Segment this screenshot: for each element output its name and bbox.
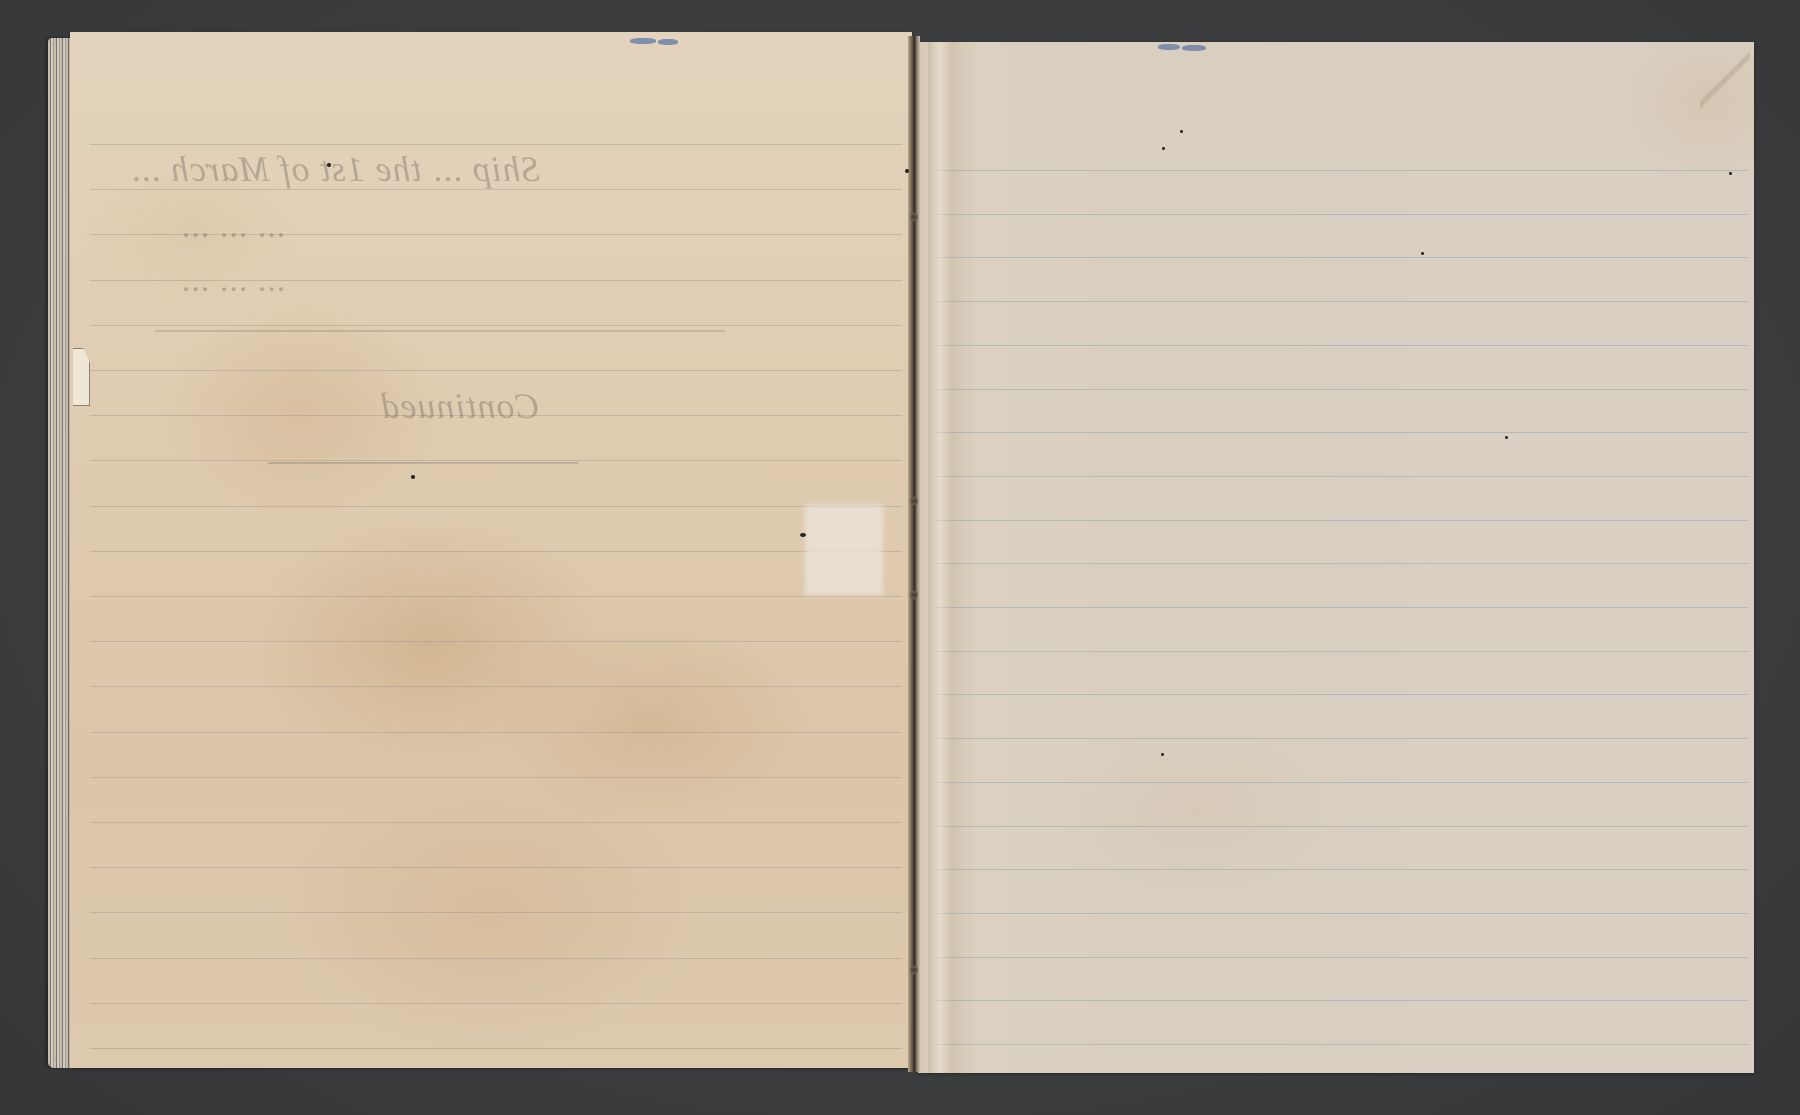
blue-ink-mark [630,38,656,44]
ruled-line [90,506,902,507]
corner-crease [1700,45,1750,115]
ink-speck [1180,130,1183,133]
ink-speck [411,475,415,479]
bleed-through-line-2: ... ... ... [180,208,740,246]
ruled-line [936,520,1748,521]
ruled-line [936,738,1748,739]
ruled-line [936,345,1748,346]
right-page-rules [918,42,1754,1073]
ruled-line [936,563,1748,564]
blue-ink-mark [1182,45,1206,51]
blue-ink-mark [658,39,678,45]
stitch-hole [910,590,918,600]
ruled-line [90,777,902,778]
stitch-hole [910,212,918,222]
bleed-through-rule [155,330,725,332]
stitch-hole [910,965,918,975]
ruled-line [90,551,902,552]
ruled-line [936,301,1748,302]
ruled-line [936,389,1748,390]
ruled-line [90,912,902,913]
ruled-line [936,694,1748,695]
ruled-line [936,1000,1748,1001]
ruled-line [936,957,1748,958]
ink-speck [1729,172,1732,175]
ruled-line [936,214,1748,215]
ruled-line [90,732,902,733]
ruled-line [936,432,1748,433]
bleed-through-continued: Continued [360,385,560,427]
ruled-line [936,476,1748,477]
bleed-through-line-3: ... ... ... [180,262,680,300]
right-page [918,42,1754,1073]
bleed-through-underline [268,462,578,464]
center-gutter [908,36,920,1072]
ruled-line [90,822,902,823]
ruled-line [936,913,1748,914]
ruled-line [936,607,1748,608]
ruled-line [90,596,902,597]
page-stack-edge [48,38,70,1068]
ink-speck [1162,147,1165,150]
ruled-line [90,867,902,868]
ruled-line [90,1048,902,1049]
ruled-line [90,370,902,371]
spine-fold [928,42,958,1073]
ink-speck [1505,436,1508,439]
ruled-line [936,1044,1748,1045]
ruled-line [90,325,902,326]
ink-speck [1421,252,1424,255]
ink-speck [800,533,806,537]
ruled-line [90,958,902,959]
ruled-line [936,782,1748,783]
ruled-line [936,257,1748,258]
ink-speck [905,169,909,173]
ruled-line [936,651,1748,652]
ruled-line [90,1003,902,1004]
ink-speck [327,163,331,167]
ruled-line [90,144,902,145]
stitch-hole [910,496,918,506]
ruled-line [936,170,1748,171]
ruled-line [90,686,902,687]
faded-patch [805,505,883,595]
ruled-line [90,641,902,642]
ruled-line [936,826,1748,827]
ink-speck [1161,753,1164,756]
blue-ink-mark [1158,44,1180,50]
bleed-through-line-1: Ship ... the 1st of March ... [130,148,720,190]
ruled-line [936,869,1748,870]
